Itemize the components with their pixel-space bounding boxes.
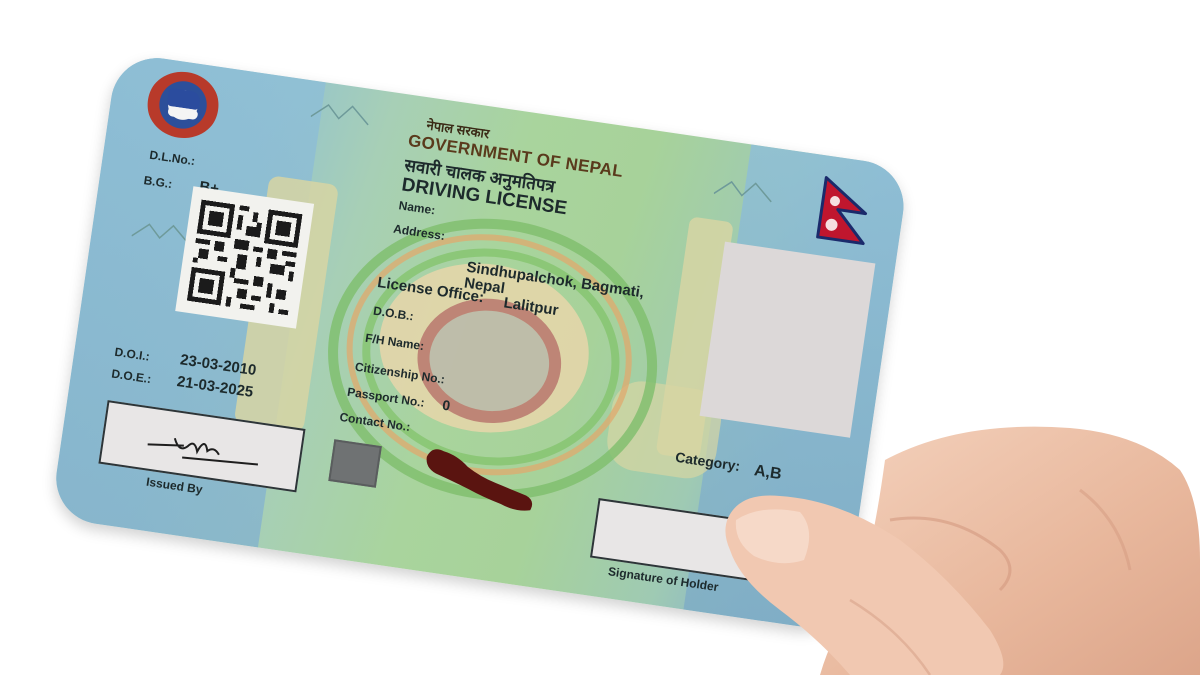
scene: नेपाल सरकार GOVERNMENT OF NEPAL सवारी चा… xyxy=(0,0,1200,675)
qr-code-pattern xyxy=(187,198,303,318)
qr-code-icon xyxy=(175,186,314,328)
issuer-signature-icon xyxy=(141,422,266,479)
nepal-flag-icon xyxy=(813,175,876,248)
hand-holding-card xyxy=(700,400,1200,675)
name-label: Name: xyxy=(398,198,436,217)
hologram-chip-icon xyxy=(328,439,382,487)
